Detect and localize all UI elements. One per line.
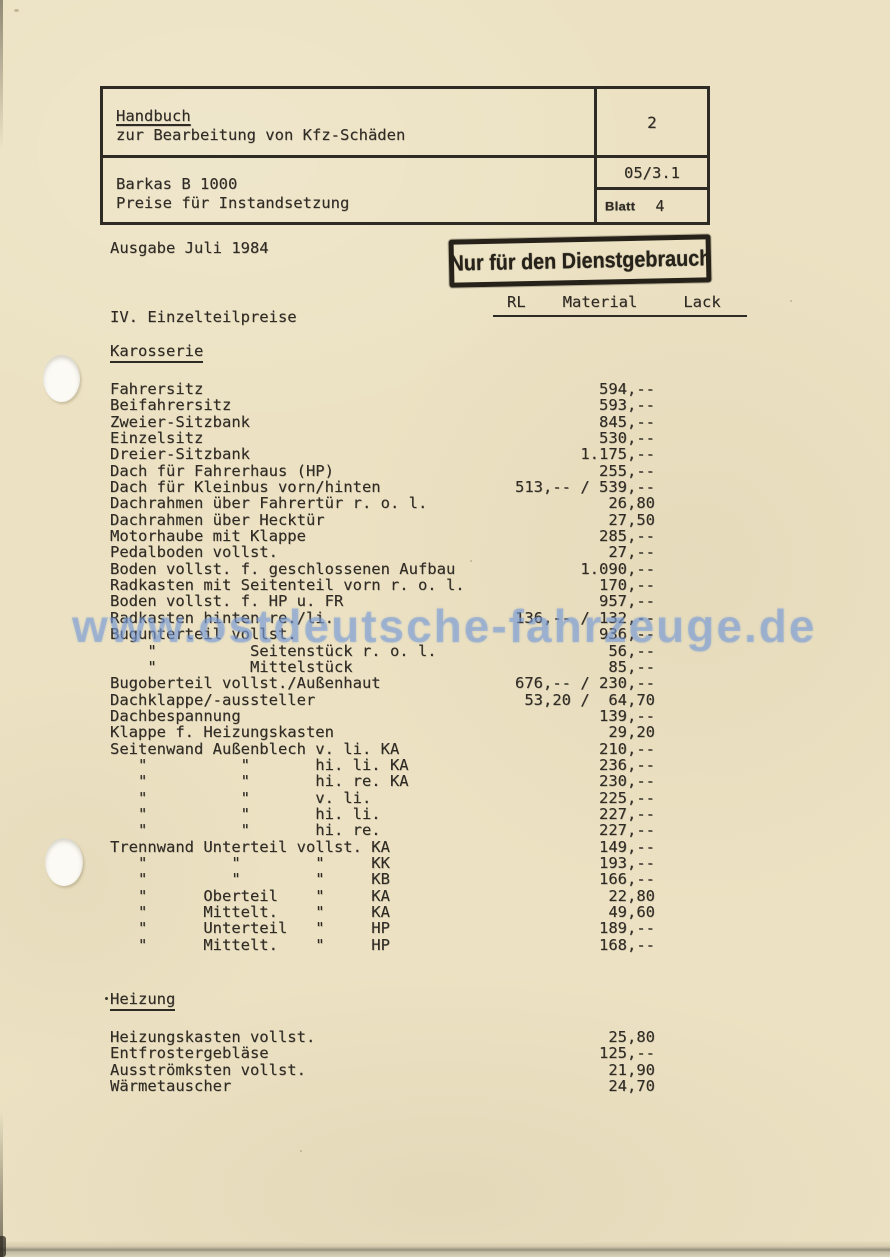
scan-edge-left-bottom bbox=[0, 1110, 3, 1257]
price-row: Radkasten mit Seitenteil vorn r. o. l. 1… bbox=[110, 577, 655, 593]
part-price: 225,-- bbox=[599, 790, 655, 806]
karosserie-price-rows: Fahrersitz 594,-- Beifahrersitz 593,-- Z… bbox=[110, 381, 655, 953]
column-header-lack: Lack bbox=[683, 293, 720, 311]
part-price: 227,-- bbox=[599, 806, 655, 822]
hole-punch-bottom bbox=[45, 838, 83, 886]
sheet-cell: Blatt 4 bbox=[597, 190, 707, 222]
part-name: Radkasten mit Seitenteil vorn r. o. l. bbox=[110, 577, 599, 593]
part-name: Entfrostergebläse bbox=[110, 1045, 599, 1061]
part-name: Fahrersitz bbox=[110, 381, 599, 397]
price-row: Dachbespannung 139,-- bbox=[110, 708, 655, 724]
part-price: 593,-- bbox=[599, 397, 655, 413]
section-code: 05/3.1 bbox=[597, 158, 707, 190]
price-row: " " hi. re. 227,-- bbox=[110, 822, 655, 838]
section-code-cell: 05/3.1 Blatt 4 bbox=[597, 158, 707, 222]
part-price: 24,70 bbox=[608, 1078, 655, 1094]
section-title-karosserie: Karosserie bbox=[110, 342, 203, 363]
price-row: Entfrostergebläse 125,-- bbox=[110, 1045, 655, 1061]
price-row: Boden vollst. f. HP u. FR 957,-- bbox=[110, 593, 655, 609]
part-price: 56,-- bbox=[608, 643, 655, 659]
part-price: 149,-- bbox=[599, 839, 655, 855]
part-name: Dach für Kleinbus vorn/hinten bbox=[110, 479, 515, 495]
part-name: Boden vollst. f. geschlossenen Aufbau bbox=[110, 561, 580, 577]
price-row: Klappe f. Heizungskasten 29,20 bbox=[110, 724, 655, 740]
part-price: 26,80 bbox=[608, 495, 655, 511]
price-row: Ausströmksten vollst. 21,90 bbox=[110, 1062, 655, 1078]
price-list: Karosserie Fahrersitz 594,-- Beifahrersi… bbox=[110, 341, 655, 1094]
part-name: Dachrahmen über Hecktür bbox=[110, 512, 608, 528]
heizung-heading-wrap: Heizung bbox=[110, 989, 655, 1011]
price-row: " " " KB 166,-- bbox=[110, 871, 655, 887]
part-name: Radkasten hinten re./li. bbox=[110, 610, 515, 626]
stamp-text: Nur für den Dienstgebrauch bbox=[449, 245, 711, 276]
heizung-price-rows: Heizungskasten vollst. 25,80 Entfrosterg… bbox=[110, 1029, 655, 1094]
price-row: " Mittelt. " KA 49,60 bbox=[110, 904, 655, 920]
part-name: " Unterteil " HP bbox=[110, 920, 599, 936]
sheet-number: 4 bbox=[655, 197, 664, 215]
part-name: Einzelsitz bbox=[110, 430, 599, 446]
paper-speck bbox=[300, 1150, 302, 1152]
price-row: Dach für Kleinbus vorn/hinten 513,-- / 5… bbox=[110, 479, 655, 495]
price-row: Dachklappe/-aussteller 53,20 / 64,70 bbox=[110, 692, 655, 708]
price-row: Trennwand Unterteil vollst. KA 149,-- bbox=[110, 839, 655, 855]
part-price: 594,-- bbox=[599, 381, 655, 397]
part-name: Motorhaube mit Klappe bbox=[110, 528, 599, 544]
karosserie-heading-wrap: Karosserie bbox=[110, 341, 655, 363]
part-name: Dreier-Sitzbank bbox=[110, 446, 580, 462]
vehicle-model: Barkas B 1000 bbox=[116, 175, 594, 194]
part-price: 236,-- bbox=[599, 757, 655, 773]
price-row: Dreier-Sitzbank 1.175,-- bbox=[110, 446, 655, 462]
price-row: Beifahrersitz 593,-- bbox=[110, 397, 655, 413]
paper-speck bbox=[470, 560, 472, 562]
part-price: 845,-- bbox=[599, 414, 655, 430]
edition-date: Ausgabe Juli 1984 bbox=[110, 239, 269, 257]
part-price: 227,-- bbox=[599, 822, 655, 838]
price-row: " Mittelstück 85,-- bbox=[110, 659, 655, 675]
part-price: 230,-- bbox=[599, 773, 655, 789]
sheet-label: Blatt bbox=[605, 199, 635, 213]
price-row: Motorhaube mit Klappe 285,-- bbox=[110, 528, 655, 544]
price-row: " " hi. re. KA 230,-- bbox=[110, 773, 655, 789]
part-name: Bugoberteil vollst./Außenhaut bbox=[110, 675, 515, 691]
price-row: Zweier-Sitzbank 845,-- bbox=[110, 414, 655, 430]
part-name: " Mittelstück bbox=[110, 659, 608, 675]
part-price: 530,-- bbox=[599, 430, 655, 446]
price-row: " " v. li. 225,-- bbox=[110, 790, 655, 806]
header-row-manual: Handbuch zur Bearbeitung von Kfz-Schäden… bbox=[103, 89, 707, 158]
part-price: 85,-- bbox=[608, 659, 655, 675]
part-price: 21,90 bbox=[608, 1062, 655, 1078]
part-price: 957,-- bbox=[599, 593, 655, 609]
part-price: 49,60 bbox=[608, 904, 655, 920]
price-row: " Mittelt. " HP 168,-- bbox=[110, 937, 655, 953]
part-name: Bugunterteil vollst. bbox=[110, 626, 599, 642]
part-name: " " v. li. bbox=[110, 790, 599, 806]
part-price: 1.175,-- bbox=[580, 446, 655, 462]
price-row: Bugoberteil vollst./Außenhaut 676,-- / 2… bbox=[110, 675, 655, 691]
part-price: 27,-- bbox=[608, 544, 655, 560]
page-bottom-edge bbox=[0, 1241, 890, 1257]
price-row: Heizungskasten vollst. 25,80 bbox=[110, 1029, 655, 1045]
price-row: Boden vollst. f. geschlossenen Aufbau 1.… bbox=[110, 561, 655, 577]
hole-punch-top bbox=[43, 355, 80, 402]
document-header-table: Handbuch zur Bearbeitung von Kfz-Schäden… bbox=[100, 86, 710, 225]
price-row: Pedalboden vollst. 27,-- bbox=[110, 544, 655, 560]
part-name: Zweier-Sitzbank bbox=[110, 414, 599, 430]
part-price: 25,80 bbox=[608, 1029, 655, 1045]
scanned-document-page: Handbuch zur Bearbeitung von Kfz-Schäden… bbox=[0, 0, 890, 1257]
price-row: Seitenwand Außenblech v. li. KA 210,-- bbox=[110, 741, 655, 757]
part-price: 210,-- bbox=[599, 741, 655, 757]
part-price: 166,-- bbox=[599, 871, 655, 887]
part-name: Dachklappe/-aussteller bbox=[110, 692, 524, 708]
price-row: " " " KK 193,-- bbox=[110, 855, 655, 871]
price-row: " Seitenstück r. o. l. 56,-- bbox=[110, 643, 655, 659]
part-price: 139,-- bbox=[599, 708, 655, 724]
chapter-number: 2 bbox=[597, 89, 707, 155]
section-title-heizung: Heizung bbox=[110, 990, 175, 1011]
part-name: " Mittelt. " KA bbox=[110, 904, 608, 920]
column-header-rl: RL bbox=[507, 293, 526, 311]
scan-edge-left-top bbox=[0, 0, 3, 150]
part-name: " Oberteil " KA bbox=[110, 888, 608, 904]
part-price: 53,20 / 64,70 bbox=[524, 692, 655, 708]
part-name: " " " KB bbox=[110, 871, 599, 887]
part-name: " " hi. re. bbox=[110, 822, 599, 838]
price-row: Dach für Fahrerhaus (HP) 255,-- bbox=[110, 463, 655, 479]
part-price: 27,50 bbox=[608, 512, 655, 528]
price-row: Wärmetauscher 24,70 bbox=[110, 1078, 655, 1094]
part-price: 193,-- bbox=[599, 855, 655, 871]
price-row: Radkasten hinten re./li. 136,-- / 132,-- bbox=[110, 610, 655, 626]
price-column-headers: RL Material Lack bbox=[493, 293, 747, 317]
price-row: Dachrahmen über Fahrertür r. o. l. 26,80 bbox=[110, 495, 655, 511]
price-row: Fahrersitz 594,-- bbox=[110, 381, 655, 397]
part-name: " " hi. li. bbox=[110, 806, 599, 822]
price-row: Einzelsitz 530,-- bbox=[110, 430, 655, 446]
part-name: Dach für Fahrerhaus (HP) bbox=[110, 463, 599, 479]
part-price: 936,-- bbox=[599, 626, 655, 642]
part-price: 136,-- / 132,-- bbox=[515, 610, 655, 626]
part-name: Trennwand Unterteil vollst. KA bbox=[110, 839, 599, 855]
part-name: " " hi. li. KA bbox=[110, 757, 599, 773]
price-row: " Unterteil " HP 189,-- bbox=[110, 920, 655, 936]
price-row: Bugunterteil vollst. 936,-- bbox=[110, 626, 655, 642]
part-price: 168,-- bbox=[599, 937, 655, 953]
price-row: Dachrahmen über Hecktür 27,50 bbox=[110, 512, 655, 528]
part-name: Ausströmksten vollst. bbox=[110, 1062, 608, 1078]
part-name: Seitenwand Außenblech v. li. KA bbox=[110, 741, 599, 757]
part-price: 676,-- / 230,-- bbox=[515, 675, 655, 691]
part-price: 125,-- bbox=[599, 1045, 655, 1061]
price-row: " " hi. li. KA 236,-- bbox=[110, 757, 655, 773]
part-price: 513,-- / 539,-- bbox=[515, 479, 655, 495]
paper-speck bbox=[14, 9, 19, 12]
paper-speck bbox=[790, 300, 792, 302]
subject-cell: Barkas B 1000 Preise für Instandsetzung bbox=[103, 158, 597, 222]
part-price: 189,-- bbox=[599, 920, 655, 936]
part-name: " Mittelt. " HP bbox=[110, 937, 599, 953]
part-name: Heizungskasten vollst. bbox=[110, 1029, 608, 1045]
part-name: Pedalboden vollst. bbox=[110, 544, 608, 560]
part-price: 285,-- bbox=[599, 528, 655, 544]
manual-title-line1: Handbuch bbox=[116, 107, 594, 126]
column-header-material: Material bbox=[563, 293, 638, 311]
part-price: 29,20 bbox=[608, 724, 655, 740]
dienstgebrauch-stamp: Nur für den Dienstgebrauch bbox=[449, 234, 712, 287]
page-title: IV. Einzelteilpreise bbox=[110, 308, 297, 326]
part-price: 170,-- bbox=[599, 577, 655, 593]
part-price: 1.090,-- bbox=[580, 561, 655, 577]
part-name: " " " KK bbox=[110, 855, 599, 871]
part-name: Boden vollst. f. HP u. FR bbox=[110, 593, 599, 609]
part-name: Klappe f. Heizungskasten bbox=[110, 724, 608, 740]
stray-ink-dot bbox=[105, 997, 108, 1000]
part-price: 255,-- bbox=[599, 463, 655, 479]
part-name: Dachbespannung bbox=[110, 708, 599, 724]
header-row-subject: Barkas B 1000 Preise für Instandsetzung … bbox=[103, 158, 707, 222]
manual-title-cell: Handbuch zur Bearbeitung von Kfz-Schäden bbox=[103, 89, 597, 155]
part-name: Wärmetauscher bbox=[110, 1078, 608, 1094]
part-name: Dachrahmen über Fahrertür r. o. l. bbox=[110, 495, 608, 511]
document-subject: Preise für Instandsetzung bbox=[116, 194, 594, 213]
price-row: " " hi. li. 227,-- bbox=[110, 806, 655, 822]
price-row: " Oberteil " KA 22,80 bbox=[110, 888, 655, 904]
part-name: " Seitenstück r. o. l. bbox=[110, 643, 608, 659]
part-name: " " hi. re. KA bbox=[110, 773, 599, 789]
manual-title-line2: zur Bearbeitung von Kfz-Schäden bbox=[116, 126, 594, 145]
part-name: Beifahrersitz bbox=[110, 397, 599, 413]
scan-corner-shadow bbox=[0, 1236, 6, 1257]
part-price: 22,80 bbox=[608, 888, 655, 904]
